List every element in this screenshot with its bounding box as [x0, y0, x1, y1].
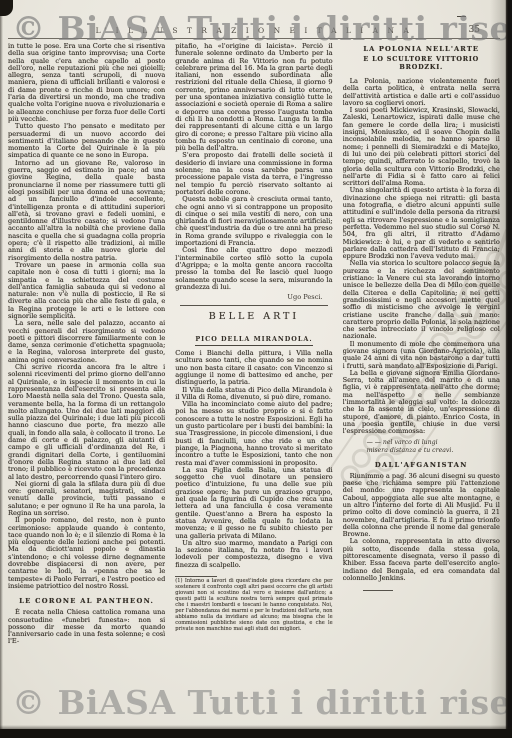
article-subheading-text: PICO DELLA MIRANDOLA.	[195, 335, 312, 346]
column-3: LA POLONIA NELL'ARTE E LO SCULTORE VITTO…	[343, 43, 500, 697]
author-signature: Ugo Pesci.	[175, 293, 332, 301]
text-columns: in tutte le pose. Era una Corte che si r…	[8, 43, 500, 697]
paragraph: Questa nobile gara è cresciuta ormai tan…	[175, 196, 332, 247]
scan-edge-right	[505, 0, 512, 738]
scanned-page: L' I L L U S T R A Z I O N E I T A L I A…	[0, 0, 512, 738]
verse-line: misera distanza e tu creavi.	[367, 447, 500, 454]
paragraph: Tutto questo l'ho pensato e meditato per…	[8, 123, 165, 159]
paragraph: Villa ha incominciato come aiuto del pad…	[175, 401, 332, 467]
paragraph: Come i Bianchi della pittura, i Villa ne…	[175, 350, 332, 386]
section-heading-corone-pantheon: LE CORONE AL PANTHEON.	[8, 597, 165, 605]
paragraph: S'era proposto dai fratelli delle societ…	[175, 152, 332, 196]
verse-line: — — nel varco di lungi	[367, 439, 500, 446]
page-curl-shadow	[490, 0, 505, 738]
page-content: L' I L L U S T R A Z I O N E I T A L I A…	[8, 20, 500, 697]
paragraph: Intorno ad un giovane Re, valoroso in gu…	[8, 160, 165, 262]
article-subheading-pico: PICO DELLA MIRANDOLA.	[175, 326, 332, 345]
footnote-rule	[175, 576, 217, 577]
column-2: pitafio, ha «l'origine di laicista». Per…	[175, 43, 332, 697]
paragraph: pitafio, ha «l'origine di laicista». Per…	[175, 43, 332, 152]
column-1: in tutte le pose. Era una Corte che si r…	[8, 43, 165, 697]
paragraph: La sua Figlia della Balia, una statua di…	[175, 467, 332, 540]
footnote: (1) Intorno a lavori di quest'indole gio…	[175, 579, 332, 633]
paragraph: Così fino alle quattro dopo mezzodì l'in…	[175, 247, 332, 291]
paragraph: Nella via storica lo scultore polacco se…	[343, 260, 500, 340]
section-heading-belle-arti: BELLE ARTI	[175, 311, 332, 322]
paragraph: Una singolarità di questo artista è la f…	[343, 187, 500, 260]
paragraph: I suoi poeti Mickiewicz, Krasinski, Slow…	[343, 107, 500, 187]
paragraph: Il Villa della statua di Pico della Mira…	[175, 387, 332, 402]
paragraph: La Polonia, nazione violentemente fuori …	[343, 78, 500, 107]
article-heading-polonia-line2: E LO SCULTORE VITTORIO BRODZKI.	[343, 55, 500, 71]
watermark-bottom: © BiASA Tutti i diritti riservati	[12, 683, 512, 722]
section-heading-afganistan: DALL'AFGANISTAN	[343, 461, 500, 469]
end-of-article-rule	[363, 590, 393, 591]
paragraph: Il monumento di mole che commemora una g…	[343, 341, 500, 370]
paragraph: Riunimmo a pag. 36 alcuni disegni su que…	[343, 473, 500, 539]
watermark-top: © BiASA Tutti i diritti riservati	[12, 9, 512, 48]
paragraph: Un altro suo marmo, mandato a Parigi con…	[175, 540, 332, 569]
scan-edge-left	[0, 0, 3, 738]
paragraph: La bella e giovane signora Emilia Giorda…	[343, 370, 500, 436]
paragraph: La sera, nelle sale del palazzo, accanto…	[8, 320, 165, 364]
section-divider-rule	[180, 305, 327, 306]
paragraph: in tutte le pose. Era una Corte che si r…	[8, 43, 165, 123]
scan-edge-bottom	[0, 729, 512, 738]
paragraph: È recata nella Chiesa cattolica romana u…	[8, 609, 165, 645]
paragraph: Chi scrive ricorda ancora fra le altre i…	[8, 364, 165, 481]
paragraph: Trovare un paese in armonia colla sua ca…	[8, 262, 165, 320]
paragraph: La colonna, rappresentata in atto divers…	[343, 538, 500, 582]
paragraph: Nei giorni di gala la sfilata dura più d…	[8, 481, 165, 517]
paragraph: Il popolo romano, del resto, non è punto…	[8, 517, 165, 590]
